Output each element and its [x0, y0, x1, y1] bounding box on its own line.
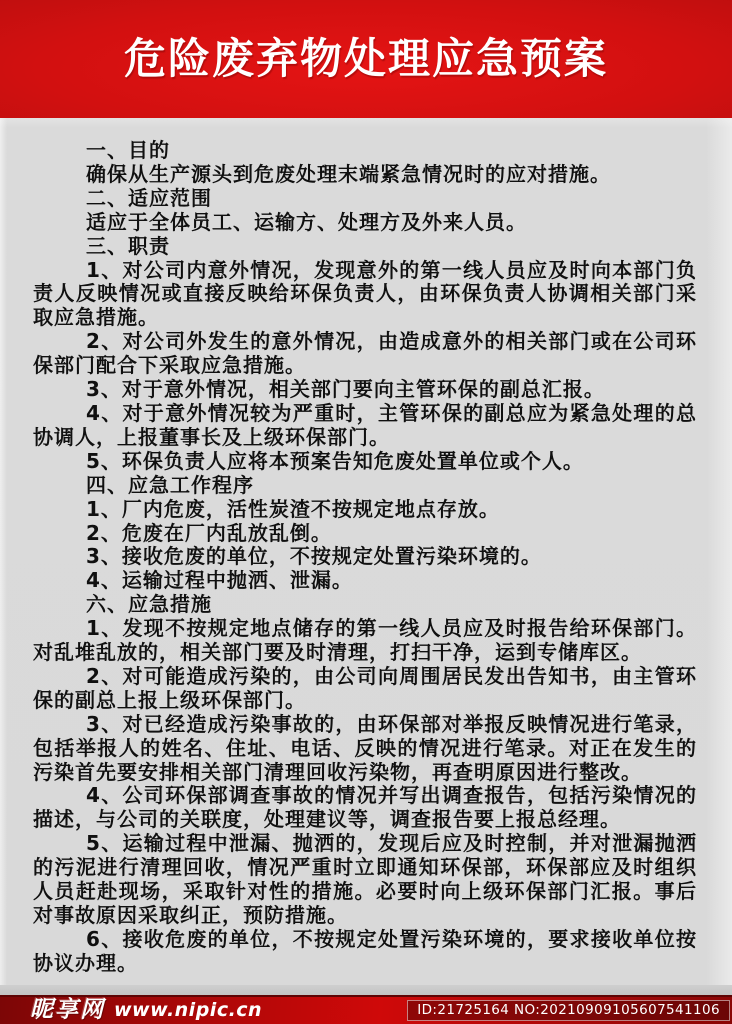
document-paragraph: 4、对于意外情况较为严重时，主管环保的副总应为紧急处理的总协调人，上报董事长及上… — [33, 402, 697, 450]
image-id-badge: ID:21725164 NO:20210909105607541106 — [407, 1000, 730, 1022]
document-paragraph: 二、适应范围 — [33, 187, 697, 211]
document-paragraph: 2、危废在厂内乱放乱倒。 — [33, 522, 697, 546]
document-paragraph: 三、职责 — [33, 235, 697, 259]
document-paragraph: 1、厂内危废，活性炭渣不按规定地点存放。 — [33, 498, 697, 522]
document-paragraph: 4、运输过程中抛洒、泄漏。 — [33, 569, 697, 593]
nipic-logo: 昵享网 — [30, 999, 105, 1022]
page-bottom-shade — [0, 985, 732, 995]
watermark-footer: 昵享网 www.nipic.cn ID:21725164 NO:20210909… — [0, 995, 732, 1024]
document-paragraph: 5、运输过程中泄漏、抛洒的，发现后应及时控制，并对泄漏抛洒的污泥进行清理回收，情… — [33, 832, 697, 928]
page-title: 危险废弃物处理应急预案 — [124, 38, 608, 80]
document-paragraph: 四、应急工作程序 — [33, 474, 697, 498]
poster-header: 危险废弃物处理应急预案 — [0, 0, 732, 118]
document-paragraph: 6、接收危废的单位，不按规定处置污染环境的，要求接收单位按协议办理。 — [33, 928, 697, 976]
site-url-text: www.nipic.cn — [114, 1001, 262, 1020]
document-paragraph: 3、接收危废的单位，不按规定处置污染环境的。 — [33, 545, 697, 569]
document-paragraph: 确保从生产源头到危废处理末端紧急情况时的应对措施。 — [33, 163, 697, 187]
document-paragraph: 2、对公司外发生的意外情况，由造成意外的相关部门或在公司环保部门配合下采取应急措… — [33, 330, 697, 378]
document-paragraph: 3、对于意外情况，相关部门要向主管环保的副总汇报。 — [33, 378, 697, 402]
document-paragraph: 一、目的 — [33, 139, 697, 163]
document-paragraph: 适应于全体员工、运输方、处理方及外来人员。 — [33, 211, 697, 235]
document-paragraph: 4、公司环保部调查事故的情况并写出调查报告，包括污染情况的描述，与公司的关联度，… — [33, 784, 697, 832]
document-body: 一、目的 确保从生产源头到危废处理末端紧急情况时的应对措施。 二、适应范围 适应… — [0, 118, 732, 985]
document-paragraph: 1、发现不按规定地点储存的第一线人员应及时报告给环保部门。对乱堆乱放的，相关部门… — [33, 617, 697, 665]
document-paragraph: 1、对公司内意外情况，发现意外的第一线人员应及时向本部门负责人反映情况或直接反映… — [33, 259, 697, 331]
poster-page: 危险废弃物处理应急预案 一、目的 确保从生产源头到危废处理末端紧急情况时的应对措… — [0, 0, 732, 1024]
document-paragraph: 六、应急措施 — [33, 593, 697, 617]
document-paragraph: 2、对可能造成污染的，由公司向周围居民发出告知书，由主管环保的副总上报上级环保部… — [33, 665, 697, 713]
document-paragraph: 3、对已经造成污染事故的，由环保部对举报反映情况进行笔录，包括举报人的姓名、住址… — [33, 713, 697, 785]
document-paragraph: 5、环保负责人应将本预案告知危废处置单位或个人。 — [33, 450, 697, 474]
